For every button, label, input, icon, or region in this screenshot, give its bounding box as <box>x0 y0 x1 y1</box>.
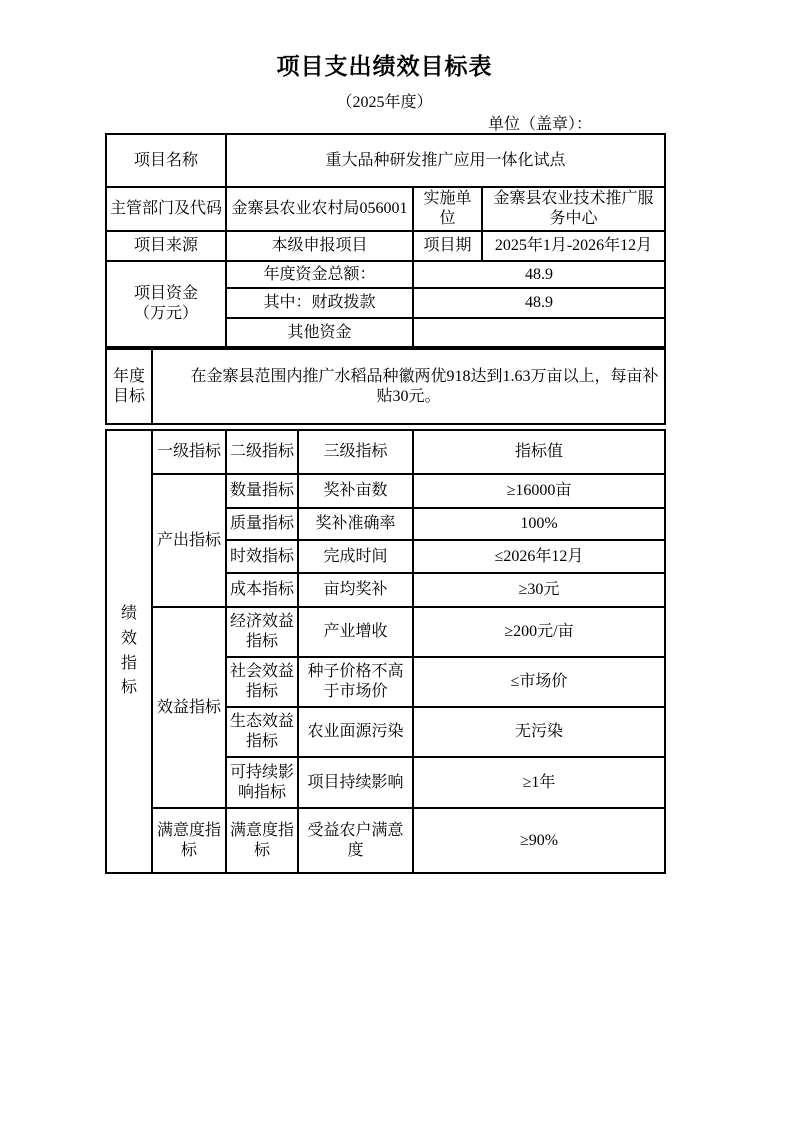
annual-goal-label: 年度目标 <box>106 349 152 424</box>
impl-unit-label: 实施单位 <box>413 187 482 231</box>
funding-total-label: 年度资金总额： <box>226 261 413 288</box>
indicator-level3: 奖补准确率 <box>298 508 413 540</box>
indicators-header-row: 绩效指标 一级指标 二级指标 三级指标 指标值 <box>106 430 665 474</box>
table-row: 主管部门及代码 金寨县农业农村局056001 实施单位 金寨县农业技术推广服务中… <box>106 187 665 231</box>
indicator-level3: 农业面源污染 <box>298 707 413 757</box>
indicator-level3: 种子价格不高于市场价 <box>298 657 413 707</box>
project-name-value: 重大品种研发推广应用一体化试点 <box>226 134 665 187</box>
indicator-value: 无污染 <box>413 707 665 757</box>
source-label: 项目来源 <box>106 231 226 261</box>
table-row: 年度目标 在金寨县范围内推广水稻品种徽两优918达到1.63万亩以上，每亩补贴3… <box>106 349 665 424</box>
unit-seal-label: 单位（盖章）： <box>105 111 592 134</box>
indicator-value: ≥200元/亩 <box>413 607 665 657</box>
funding-other-value <box>413 318 665 347</box>
indicator-level3: 受益农户满意度 <box>298 808 413 873</box>
indicator-level2: 质量指标 <box>226 508 298 540</box>
indicators-side-label-text: 绩效指标 <box>121 602 137 701</box>
group-benefit-label: 效益指标 <box>152 607 226 808</box>
indicator-level3: 完成时间 <box>298 540 413 573</box>
table-row: 项目来源 本级申报项目 项目期 2025年1月-2026年12月 <box>106 231 665 261</box>
indicator-level2: 时效指标 <box>226 540 298 573</box>
indicator-level2: 成本指标 <box>226 573 298 607</box>
header-value: 指标值 <box>413 430 665 474</box>
annual-goal-table: 年度目标 在金寨县范围内推广水稻品种徽两优918达到1.63万亩以上，每亩补贴3… <box>105 348 666 425</box>
indicators-table: 绩效指标 一级指标 二级指标 三级指标 指标值 产出指标 数量指标 奖补亩数 ≥… <box>105 429 666 874</box>
funding-other-label: 其他资金 <box>226 318 413 347</box>
indicator-level3: 亩均奖补 <box>298 573 413 607</box>
indicator-level2: 社会效益指标 <box>226 657 298 707</box>
table-row: 项目名称 重大品种研发推广应用一体化试点 <box>106 134 665 187</box>
header-level2: 二级指标 <box>226 430 298 474</box>
funding-fiscal-value: 48.9 <box>413 288 665 318</box>
indicator-level3: 产业增收 <box>298 607 413 657</box>
table-row: 效益指标 经济效益指标 产业增收 ≥200元/亩 <box>106 607 665 657</box>
indicator-value: ≤市场价 <box>413 657 665 707</box>
indicator-level2: 经济效益指标 <box>226 607 298 657</box>
impl-unit-value: 金寨县农业技术推广服务中心 <box>482 187 665 231</box>
table-row: 满意度指标 满意度指标 受益农户满意度 ≥90% <box>106 808 665 873</box>
period-label: 项目期 <box>413 231 482 261</box>
indicator-value: ≥30元 <box>413 573 665 607</box>
funding-label-line1: 项目资金 <box>110 284 222 304</box>
page-title: 项目支出绩效目标表 <box>105 48 664 81</box>
indicator-value: ≥1年 <box>413 757 665 808</box>
header-level3: 三级指标 <box>298 430 413 474</box>
funding-label-line2: （万元） <box>110 304 222 324</box>
project-name-label: 项目名称 <box>106 134 226 187</box>
indicator-level3: 项目持续影响 <box>298 757 413 808</box>
indicator-value: ≥16000亩 <box>413 474 665 508</box>
indicator-value: ≤2026年12月 <box>413 540 665 573</box>
header-level1: 一级指标 <box>152 430 226 474</box>
group-output-label: 产出指标 <box>152 474 226 607</box>
table-row: 产出指标 数量指标 奖补亩数 ≥16000亩 <box>106 474 665 508</box>
table-row: 项目资金 （万元） 年度资金总额： 48.9 <box>106 261 665 288</box>
indicator-level3: 奖补亩数 <box>298 474 413 508</box>
document-page: 项目支出绩效目标表 （2025年度） 单位（盖章）： 项目名称 重大品种研发推广… <box>0 0 793 1122</box>
period-value: 2025年1月-2026年12月 <box>482 231 665 261</box>
indicator-level2: 可持续影响指标 <box>226 757 298 808</box>
indicator-value: ≥90% <box>413 808 665 873</box>
indicator-level2: 生态效益指标 <box>226 707 298 757</box>
funding-total-value: 48.9 <box>413 261 665 288</box>
source-value: 本级申报项目 <box>226 231 413 261</box>
dept-value: 金寨县农业农村局056001 <box>226 187 413 231</box>
basic-info-table: 项目名称 重大品种研发推广应用一体化试点 主管部门及代码 金寨县农业农村局056… <box>105 133 666 348</box>
annual-goal-content: 在金寨县范围内推广水稻品种徽两优918达到1.63万亩以上，每亩补贴30元。 <box>152 349 665 424</box>
indicator-value: 100% <box>413 508 665 540</box>
indicator-level2: 数量指标 <box>226 474 298 508</box>
funding-fiscal-label: 其中：财政拨款 <box>226 288 413 318</box>
group-satisfaction-label: 满意度指标 <box>152 808 226 873</box>
indicators-side-label: 绩效指标 <box>106 430 152 873</box>
dept-label: 主管部门及代码 <box>106 187 226 231</box>
indicator-level2: 满意度指标 <box>226 808 298 873</box>
page-subtitle: （2025年度） <box>105 89 664 112</box>
funding-label: 项目资金 （万元） <box>106 261 226 347</box>
